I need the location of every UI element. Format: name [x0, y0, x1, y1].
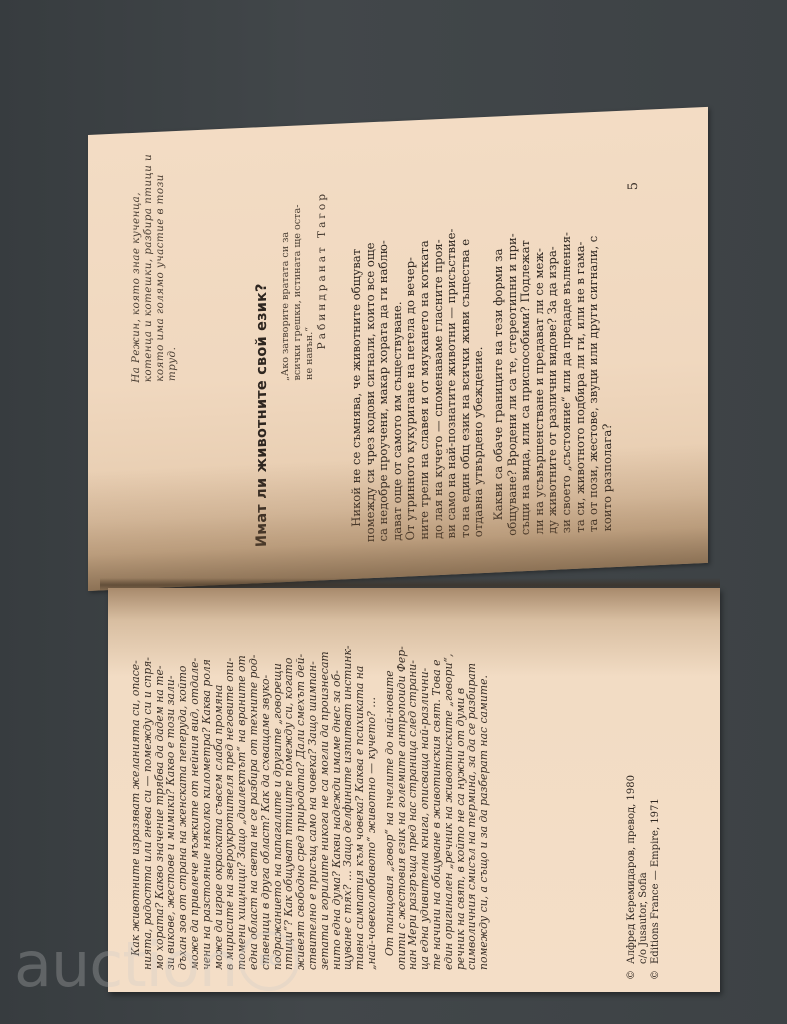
text-line: то на един общ език на всички живи същес… — [459, 228, 473, 538]
copyright-text: c/o Jusautor, Sofia — [638, 872, 649, 964]
text-line: една област на света не се разбира от те… — [248, 645, 260, 970]
dedication: На Режин, която знае кученца, котенца и … — [130, 153, 178, 384]
text-line: Какви са обаче границите на тези форми з… — [492, 226, 506, 536]
text-line: ду животните от различни видове? За да и… — [546, 224, 560, 534]
text-line: те начини на общуване в животинския свят… — [431, 645, 443, 970]
text-line: общуване? Вродени ли са те, стереотипни … — [506, 226, 520, 536]
text-line: зетата и горилите никога не са могли да … — [319, 645, 331, 970]
text-line: ви само на най-познатите животни — присъ… — [445, 228, 459, 538]
text-line: които разполага? — [601, 221, 615, 531]
copyright-icon: © — [626, 964, 638, 980]
text-line: „най-човеколюбивото“ животно — кучето? … — [366, 645, 378, 970]
top-page: На Режин, която знае кученца, котенца и … — [88, 107, 708, 591]
text-line: нията, радостта или гнева си — помежду с… — [142, 645, 154, 970]
epigraph-line: „Ако затворите вратата си за — [280, 205, 292, 381]
text-line: същи на вида, или са приспособими? Подле… — [519, 225, 533, 535]
text-line: помежду си, а също и за да разберат нас … — [478, 645, 490, 970]
text-line: може да привлече мъжките от нейния вид, … — [189, 645, 201, 970]
body-text-bottom: Как животните изразяват желанията си, оп… — [130, 645, 490, 970]
body-text-top: Никой не се съмнява, че животните общува… — [350, 221, 614, 543]
text-line: ствително е присъщ само на човека? Защо … — [307, 645, 319, 970]
copyright-line: c/o Jusautor, Sofia — [638, 775, 650, 980]
auction-watermark: auctionBG — [14, 928, 299, 1001]
text-line: зи своето „състояние“ или да предаде въл… — [560, 223, 574, 533]
text-line: чени на разстояние няколко километра? Ка… — [201, 645, 213, 970]
text-line: ли на усъвършенстване и предават ли се м… — [533, 224, 547, 534]
text-line: до лая на кучето — споменаваме гласните … — [432, 229, 446, 539]
copyright-line: ©Editions France — Empire, 1971 — [650, 775, 662, 980]
copyright-notice: ©Алфред Керемидаров, превод, 1980 c/o Ju… — [626, 775, 662, 980]
text-line: отдавна утвърдено убеждение. — [472, 227, 486, 537]
text-line: дават още от самото им съществуване. — [391, 231, 405, 541]
watermark-badge-icon: BG — [239, 931, 299, 991]
epigraph-author: Рабиндранат Тагор — [316, 191, 328, 350]
watermark-text: auction — [14, 928, 237, 1001]
text-line: един оригинален „речник на животинските … — [443, 645, 455, 970]
copyright-text: Editions France — Empire, 1971 — [650, 798, 661, 964]
epigraph-line: всички грешки, истината ще оста- — [292, 204, 304, 380]
dedication-line: която има голямо участие в този — [154, 153, 166, 382]
epigraph-line: не навън.“ — [304, 204, 316, 380]
text-line: та си, животното подбира ли ги, или не в… — [574, 223, 588, 533]
text-line: ственици в друга област? Как да схващаме… — [260, 645, 272, 970]
text-line: Никой не се съмнява, че животните общува… — [350, 233, 364, 543]
text-line: та от пози, жестове, звуци или други сиг… — [587, 222, 601, 532]
text-line: са недобре проучени, макар хората да ги … — [377, 231, 391, 541]
copyright-text: Алфред Керемидаров, превод, 1980 — [626, 775, 637, 964]
epigraph: „Ако затворите вратата си за всички греш… — [280, 204, 316, 382]
copyright-icon: © — [650, 964, 662, 980]
text-line: помежду си чрез кодови сигнали, които вс… — [364, 232, 378, 542]
dedication-line: На Режин, която знае кученца, — [130, 154, 142, 383]
dedication-line: котенца и котешки, разбира птици и — [142, 154, 154, 383]
text-line: ните трели на славея и от мяукането на к… — [418, 230, 432, 540]
dedication-line: труд. — [166, 153, 178, 382]
text-line: От танцовия „говор“ на пчелите до най-но… — [384, 645, 396, 970]
copyright-line: ©Алфред Керемидаров, превод, 1980 — [626, 775, 638, 980]
text-line: От утринното кукуригане на петела до веч… — [404, 230, 418, 540]
page-number: 5 — [626, 182, 641, 191]
chapter-title: Имат ли животните свой език? — [254, 283, 270, 548]
